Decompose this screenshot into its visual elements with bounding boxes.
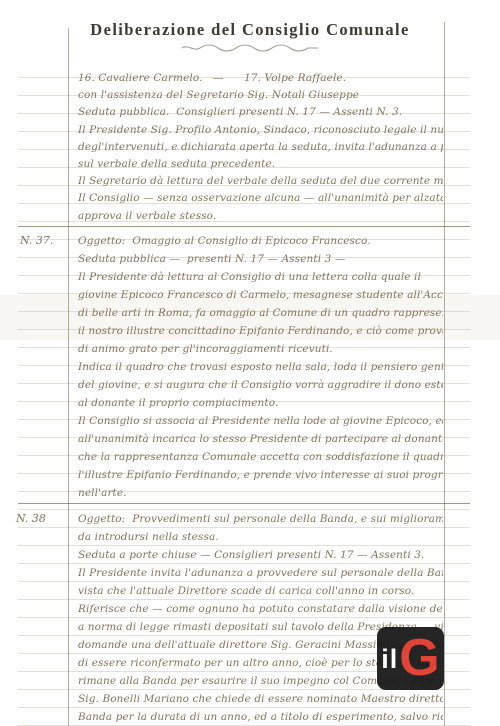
- ornament-squiggle-icon: [180, 44, 320, 52]
- logo-text-il: il: [381, 644, 398, 675]
- scanned-document-page: Deliberazione del Consiglio Comunale N. …: [0, 0, 500, 726]
- handwritten-line: Oggetto: Omaggio al Consiglio di Epicoco…: [70, 232, 443, 250]
- handwritten-line: Seduta pubblica — presenti N. 17 — Assen…: [70, 250, 443, 268]
- deliberation-number-37: N. 37.: [20, 234, 53, 247]
- handwritten-line: l'illustre Epifanio Ferdinando, e prende…: [70, 466, 443, 484]
- handwritten-line: Riferisce che — come ognuno ha potuto co…: [70, 600, 443, 618]
- handwritten-line: Il Presidente Sig. Profilo Antonio, Sind…: [70, 122, 443, 139]
- handwritten-section-37: Oggetto: Omaggio al Consiglio di Epicoco…: [70, 232, 443, 502]
- handwritten-line: Oggetto: Provvedimenti sul personale del…: [70, 510, 443, 528]
- handwritten-line: al donante il proprio compiacimento.: [70, 394, 443, 412]
- section-separator: [18, 226, 470, 227]
- handwritten-line: il nostro illustre concittadino Epifanio…: [70, 322, 443, 340]
- handwritten-line: Il Consiglio si associa al Presidente ne…: [70, 412, 443, 430]
- handwritten-line: degl'intervenuti, e dichiarata aperta la…: [70, 139, 443, 156]
- handwritten-line: vista che l'attuale Direttore scade di c…: [70, 582, 443, 600]
- handwritten-line: di belle arti in Roma, fa omaggio al Com…: [70, 304, 443, 322]
- handwritten-line: del giovine, e si augura che il Consigli…: [70, 376, 443, 394]
- handwritten-line: Il Segretario dà lettura del verbale del…: [70, 173, 443, 190]
- handwritten-line: Il Consiglio — senza osservazione alcuna…: [70, 190, 443, 207]
- deliberation-number-38: N. 38: [16, 512, 46, 525]
- handwritten-line: di animo grato per gl'incoraggiamenti ri…: [70, 340, 443, 358]
- left-margin-rule: [68, 28, 69, 726]
- ilg-logo-watermark: il G: [377, 627, 444, 690]
- handwritten-line: Seduta pubblica. Consiglieri presenti N.…: [70, 104, 443, 121]
- page-title: Deliberazione del Consiglio Comunale: [60, 20, 440, 40]
- handwritten-section-38: Oggetto: Provvedimenti sul personale del…: [70, 510, 443, 726]
- handwritten-line: approva il verbale stesso.: [70, 208, 443, 225]
- handwritten-line: giovine Epicoco Francesco di Carmelo, me…: [70, 286, 443, 304]
- right-margin-rule: [444, 22, 445, 726]
- handwritten-line: Il Presidente dà lettura al Consiglio di…: [70, 268, 443, 286]
- handwritten-line: da introdursi nella stessa.: [70, 528, 443, 546]
- handwritten-line: Banda per la durata di un anno, ed a tit…: [70, 708, 443, 726]
- handwritten-line: Sig. Bonelli Mariano che chiede di esser…: [70, 690, 443, 708]
- handwritten-line: all'unanimità incarica lo stesso Preside…: [70, 430, 443, 448]
- handwritten-line: Il Presidente invita l'adunanza a provve…: [70, 564, 443, 582]
- handwritten-line: Indica il quadro che trovasi esposto nel…: [70, 358, 443, 376]
- handwritten-line: nell'arte.: [70, 484, 443, 502]
- handwritten-line: che la rappresentanza Comunale accetta c…: [70, 448, 443, 466]
- handwritten-line: Seduta a porte chiuse — Consiglieri pres…: [70, 546, 443, 564]
- handwritten-line: 16. Cavaliere Carmelo. — 17. Volpe Raffa…: [70, 70, 443, 87]
- handwritten-line: sul verbale della seduta precedente.: [70, 156, 443, 173]
- logo-text-g: G: [399, 632, 439, 684]
- handwritten-line: con l'assistenza del Segretario Sig. Not…: [70, 87, 443, 104]
- handwritten-section-continuation: 16. Cavaliere Carmelo. — 17. Volpe Raffa…: [70, 70, 443, 226]
- section-separator: [18, 503, 470, 504]
